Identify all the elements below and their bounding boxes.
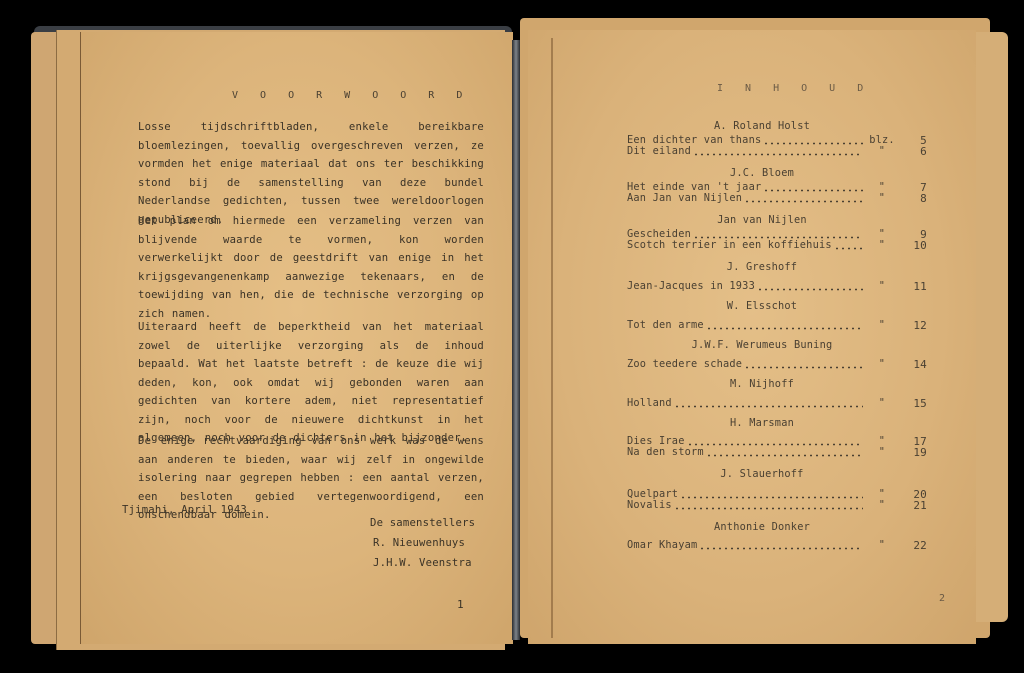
toc-entry-mark: "	[865, 500, 899, 511]
contents-title: I N H O U D	[717, 83, 871, 94]
toc-entry-title: Aan Jan van Nijlen	[627, 193, 742, 204]
leader-dots	[687, 436, 863, 447]
page-number: 2	[939, 593, 945, 604]
toc-author: J. Greshoff	[637, 258, 887, 276]
toc-entry-page: 8	[899, 193, 927, 204]
toc-entry-mark: "	[865, 398, 899, 409]
leader-dots	[744, 359, 863, 370]
toc-entry-page: 6	[899, 146, 927, 157]
foreword-paragraph: Het plan om hiermede een verzameling ver…	[138, 212, 484, 323]
signature-line: De samenstellers	[370, 513, 475, 533]
toc-entry-page: 15	[899, 398, 927, 409]
toc-entry: Zoo teedere schade " 14	[627, 359, 927, 370]
toc-entry-page: 12	[899, 320, 927, 331]
toc-author: J. Slauerhoff	[637, 465, 887, 483]
toc-author: Anthonie Donker	[637, 518, 887, 536]
leader-dots	[699, 540, 863, 551]
toc-author: A. Roland Holst	[637, 117, 887, 135]
toc-author: M. Nijhoff	[637, 375, 887, 393]
toc-entry-mark: "	[865, 320, 899, 331]
toc-entry-page: 14	[899, 359, 927, 370]
toc-entry: Novalis " 21	[627, 500, 927, 511]
open-book: V O O R W O O R D Losse tijdschriftblade…	[0, 0, 1024, 673]
leader-dots	[680, 489, 863, 500]
toc-entry: Omar Khayam " 22	[627, 540, 927, 551]
toc-entry-title: Omar Khayam	[627, 540, 697, 551]
toc-entry-title: Novalis	[627, 500, 672, 511]
place-date: Tjimahi, April 1943	[122, 504, 247, 516]
table-of-contents: A. Roland Holst Een dichter van thans bl…	[627, 116, 927, 551]
leader-dots	[693, 146, 863, 157]
leader-dots	[763, 182, 863, 193]
leader-dots	[706, 447, 863, 458]
leader-dots	[763, 135, 863, 146]
toc-author: J.C. Bloem	[637, 164, 887, 182]
leader-dots	[744, 193, 863, 204]
toc-entry-mark: "	[865, 447, 899, 458]
toc-entry-title: Dit eiland	[627, 146, 691, 157]
toc-entry-title: Na den storm	[627, 447, 704, 458]
toc-entry: Dit eiland " 6	[627, 146, 927, 157]
toc-author: J.W.F. Werumeus Buning	[637, 336, 887, 354]
toc-entry-mark: "	[865, 359, 899, 370]
toc-entry-mark: "	[865, 540, 899, 551]
toc-entry-page: 22	[899, 540, 927, 551]
toc-entry: Tot den arme " 12	[627, 320, 927, 331]
toc-entry: Holland " 15	[627, 398, 927, 409]
toc-entry-title: Tot den arme	[627, 320, 704, 331]
toc-entry-title: Scotch terrier in een koffiehuis	[627, 240, 832, 251]
toc-author: H. Marsman	[637, 414, 887, 432]
toc-entry-mark: "	[865, 146, 899, 157]
signature-line: J.H.W. Veenstra	[373, 553, 475, 573]
signature-block: De samenstellers R. Nieuwenhuys J.H.W. V…	[370, 513, 475, 573]
foreword-title: V O O R W O O R D	[232, 90, 470, 101]
toc-entry-title: Zoo teedere schade	[627, 359, 742, 370]
toc-entry-mark: "	[865, 240, 899, 251]
leader-dots	[757, 281, 863, 292]
toc-author: Jan van Nijlen	[637, 211, 887, 229]
toc-entry-page: 10	[899, 240, 927, 251]
toc-entry-mark: "	[865, 281, 899, 292]
page-tear	[551, 38, 553, 638]
leader-dots	[834, 240, 863, 251]
toc-author: W. Elsschot	[637, 297, 887, 315]
leader-dots	[674, 500, 863, 511]
book-spine	[512, 40, 520, 640]
leader-dots	[706, 320, 863, 331]
toc-entry-title: Jean-Jacques in 1933	[627, 281, 755, 292]
signature-line: R. Nieuwenhuys	[373, 533, 475, 553]
toc-entry: Aan Jan van Nijlen " 8	[627, 193, 927, 204]
toc-entry-page: 11	[899, 281, 927, 292]
foreword-paragraph: Uiteraard heeft de beperktheid van het m…	[138, 318, 484, 448]
leader-dots	[674, 398, 863, 409]
toc-entry-page: 21	[899, 500, 927, 511]
toc-entry-mark: "	[865, 193, 899, 204]
page-number: 1	[457, 598, 464, 611]
toc-entry-page: 19	[899, 447, 927, 458]
toc-entry: Na den storm " 19	[627, 447, 927, 458]
toc-entry: Scotch terrier in een koffiehuis " 10	[627, 240, 927, 251]
toc-entry: Jean-Jacques in 1933 " 11	[627, 281, 927, 292]
toc-entry-title: Holland	[627, 398, 672, 409]
